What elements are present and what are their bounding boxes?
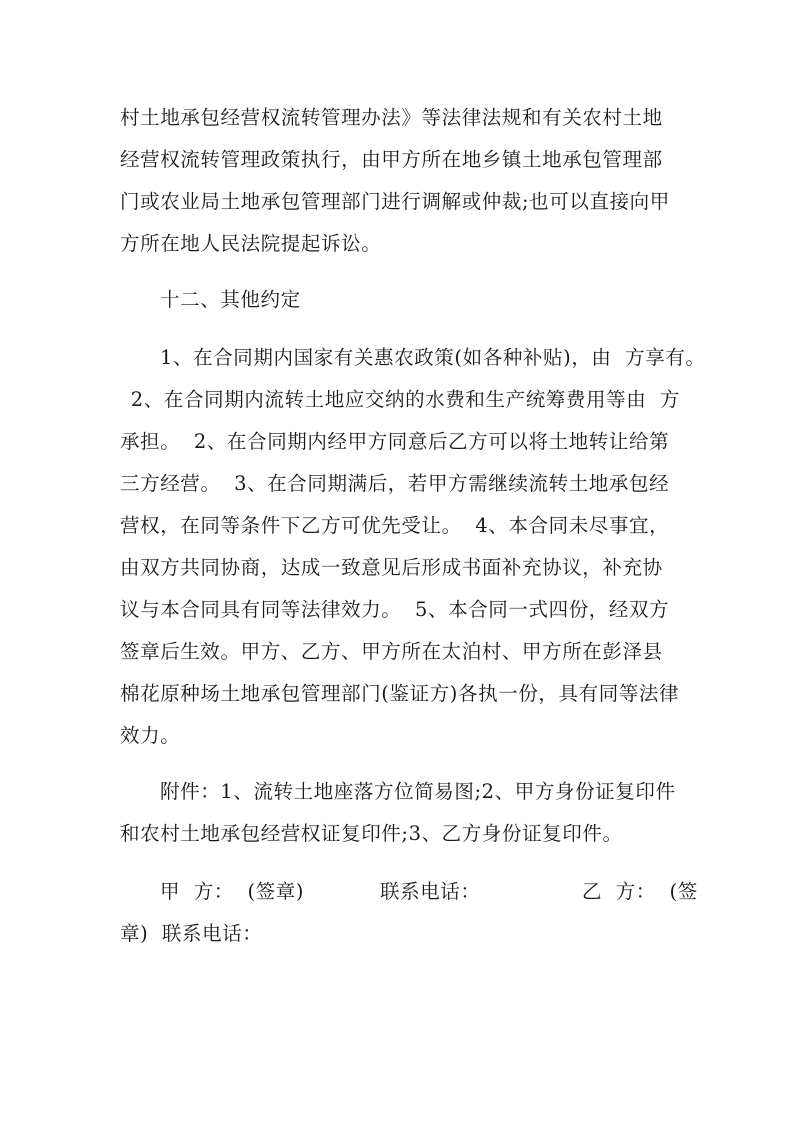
section-heading: 十二、其他约定 <box>160 288 301 312</box>
paragraph-line: 签章后生效。甲方、乙方、甲方所在太泊村、甲方所在彭泽县 <box>120 640 663 664</box>
paragraph-line: 门或农业局土地承包管理部门进行调解或仲裁;也可以直接向甲 <box>120 190 670 214</box>
document-page: 村土地承包经营权流转管理办法》等法律法规和有关农村土地 经营权流转管理政策执行，… <box>0 0 800 1132</box>
paragraph-line: 由双方共同协商，达成一致意见后形成书面补充协议，补充协 <box>120 556 663 580</box>
paragraph-line: 村土地承包经营权流转管理办法》等法律法规和有关农村土地 <box>120 106 663 130</box>
paragraph-line: 效力。 <box>120 724 180 748</box>
attachments-line: 和农村土地承包经营权证复印件;3、乙方身份证复印件。 <box>120 822 623 846</box>
paragraph-line: 营权，在同等条件下乙方可优先受让。 4、本合同未尽事宜， <box>120 514 669 538</box>
paragraph-line: 2、在合同期内流转土地应交纳的水费和生产统筹费用等由 方 <box>124 388 680 412</box>
paragraph-line: 方所在地人民法院提起诉讼。 <box>120 232 381 256</box>
paragraph-line: 三方经营。 3、在合同期满后，若甲方需继续流转土地承包经 <box>120 472 669 496</box>
paragraph-line: 议与本合同具有同等法律效力。 5、本合同一式四份，经双方 <box>120 598 669 622</box>
paragraph-line: 承担。 2、在合同期内经甲方同意后乙方可以将土地转让给第 <box>120 430 669 454</box>
party-b-signature-label: 乙 方： (签 <box>582 880 698 904</box>
paragraph-line: 经营权流转管理政策执行，由甲方所在地乡镇土地承包管理部 <box>120 148 663 172</box>
paragraph-line: 1、在合同期内国家有关惠农政策(如各种补贴)，由 方享有。 <box>160 346 706 370</box>
party-a-phone-label: 联系电话： <box>380 880 481 904</box>
paragraph-line: 棉花原种场土地承包管理部门(鉴证方)各执一份，具有同等法律 <box>120 682 679 706</box>
party-a-signature-label: 甲 方： (签章) <box>160 880 304 904</box>
attachments-line: 附件：1、流转土地座落方位简易图;2、甲方身份证复印件 <box>160 780 676 804</box>
party-b-phone-label: 章) 联系电话： <box>120 922 262 946</box>
